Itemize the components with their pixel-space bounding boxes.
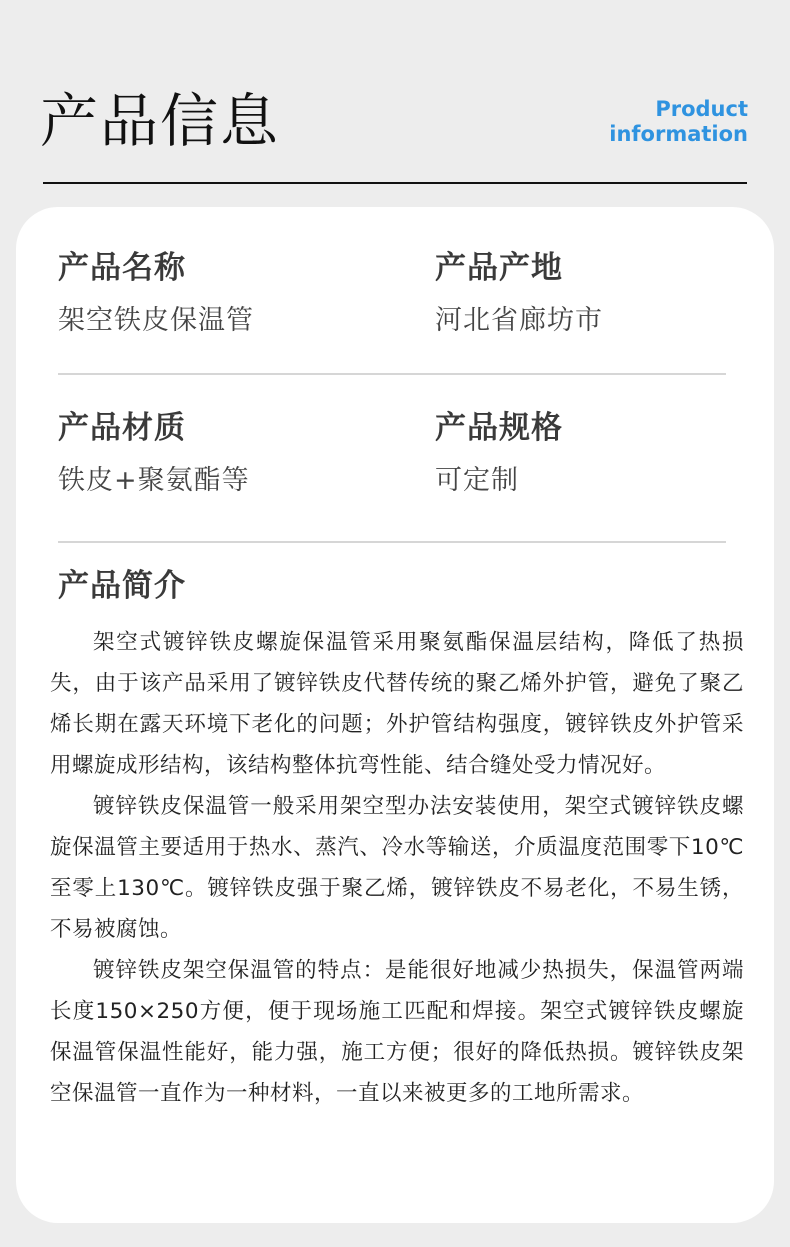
intro-paragraph: 镀锌铁皮保温管一般采用架空型办法安装使用，架空式镀锌铁皮螺旋保温管主要适用于热水… [50, 786, 744, 950]
field-product-origin: 产品产地 河北省廊坊市 [435, 248, 603, 339]
field-label: 产品材质 [58, 408, 250, 448]
intro-paragraph: 镀锌铁皮架空保温管的特点：是能很好地减少热损失，保温管两端长度150×250方便… [50, 950, 744, 1114]
english-subtitle-line1: Product [609, 97, 748, 122]
field-value: 铁皮+聚氨酯等 [58, 463, 250, 499]
field-product-name: 产品名称 架空铁皮保温管 [58, 248, 254, 339]
intro-paragraph: 架空式镀锌铁皮螺旋保温管采用聚氨酯保温层结构，降低了热损失，由于该产品采用了镀锌… [50, 622, 744, 786]
field-label: 产品产地 [435, 248, 603, 288]
title-divider [43, 182, 747, 184]
english-subtitle-line2: information [609, 122, 748, 147]
english-subtitle: Product information [609, 97, 748, 147]
page-title: 产品信息 [40, 86, 280, 156]
section-divider [58, 373, 726, 375]
intro-body: 架空式镀锌铁皮螺旋保温管采用聚氨酯保温层结构，降低了热损失，由于该产品采用了镀锌… [50, 622, 744, 1114]
field-value: 可定制 [435, 463, 563, 499]
field-label: 产品名称 [58, 248, 254, 288]
field-value: 河北省廊坊市 [435, 303, 603, 339]
section-divider [58, 541, 726, 543]
field-value: 架空铁皮保温管 [58, 303, 254, 339]
field-product-material: 产品材质 铁皮+聚氨酯等 [58, 408, 250, 499]
field-label: 产品规格 [435, 408, 563, 448]
field-product-spec: 产品规格 可定制 [435, 408, 563, 499]
intro-heading: 产品简介 [58, 566, 186, 606]
